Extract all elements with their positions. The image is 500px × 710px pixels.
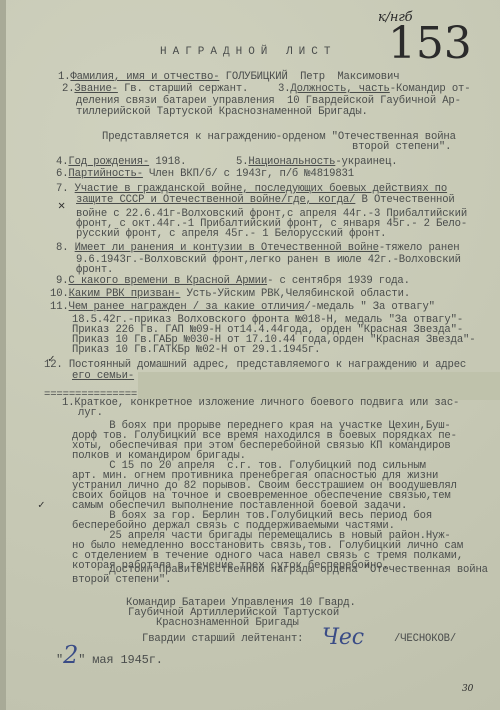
field-8-value: 9.6.1943г.-Волховский фронт,легко ранен …: [76, 255, 461, 266]
field-value: Гв. старший сержант.: [118, 83, 248, 95]
field-label: С какого времени в Красной Армии: [68, 275, 267, 287]
field-number: 7.: [56, 183, 68, 195]
page-edge: [0, 0, 6, 710]
field-value: /-медаль " За отвагу": [305, 301, 435, 313]
field-number: 2.: [62, 83, 74, 95]
field-value: - с сентября 1939 года.: [267, 275, 410, 287]
field-value: 1918.: [149, 156, 186, 168]
field-number: 5.: [236, 156, 248, 168]
section-1-heading: 1.Краткое, конкретное изложение личного …: [62, 398, 459, 409]
field-6: 6.Партийность- Член ВКП/б/ с 1943г, п/б …: [56, 169, 354, 180]
field-label: его семьи-: [72, 370, 134, 382]
margin-tick-mark: ✓: [38, 498, 45, 512]
field-12-cont: его семьи-: [72, 371, 134, 382]
field-value: -Командир от-: [390, 83, 471, 95]
field-7-label-cont: защите СССР и Отечественной войне/где, к…: [76, 195, 455, 206]
field-5: 5.Национальность-украинец.: [236, 157, 397, 168]
signature-block-line: Краснознаменной Бригады: [156, 618, 299, 629]
field-number: 1.: [58, 71, 70, 83]
field-label: Партийность-: [68, 168, 143, 180]
field-number: 4.: [56, 156, 68, 168]
field-label: Национальность: [248, 156, 335, 168]
field-label: Звание-: [74, 83, 117, 95]
date-month-year: мая 1945г.: [85, 653, 163, 667]
field-10: 10.Каким РВК призван- Усть-Уйским РВК,Че…: [50, 289, 410, 300]
field-value: Член ВКП/б/ с 1943г, п/б №4819831: [143, 168, 354, 180]
field-1: 1.Фамилия, имя и отчество- ГОЛУБИЦКИЙ Пе…: [58, 72, 399, 83]
field-value: ГОЛУБИЦКИЙ Петр Максимович: [219, 71, 399, 83]
field-9: 9.С какого времени в Красной Армии- с се…: [56, 276, 410, 287]
signer-rank: Гвардии старший лейтенант:: [142, 634, 303, 645]
field-label: Чем ранее награжден / за какие отличия: [69, 301, 305, 313]
field-number: 10.: [50, 288, 69, 300]
field-11-value: Приказ 10 Гв.ГАТКБр №02-Н от 29.1.1945г.: [72, 345, 320, 356]
margin-x-mark: ✕: [58, 198, 65, 213]
field-label: Год рождения-: [68, 156, 149, 168]
nomination-line: второй степени".: [352, 142, 451, 153]
date-day: 2: [63, 641, 78, 669]
field-number: 12.: [44, 359, 63, 371]
field-8: 8. Имеет ли ранения и контузии в Отечест…: [56, 243, 460, 254]
position-line: тиллерийской Тартуской Краснознаменной Б…: [76, 107, 368, 118]
narrative-line: второй степени".: [72, 575, 171, 586]
field-label: защите СССР и Отечественной войне/где, к…: [76, 194, 355, 206]
document-title: НАГРАДНОЙ ЛИСТ: [160, 47, 336, 58]
field-value: -украинец.: [335, 156, 397, 168]
field-value: В Отечественной: [355, 194, 454, 206]
field-number: 9.: [56, 275, 68, 287]
field-label: Имеет ли ранения и контузии в Отечествен…: [75, 242, 379, 254]
award-sheet-page: к/нгб 153 НАГРАДНОЙ ЛИСТ 1.Фамилия, имя …: [0, 0, 500, 710]
field-label: Должность, часть: [290, 83, 389, 95]
field-2: 2.Звание- Гв. старший сержант.: [62, 84, 248, 95]
field-3: 3.Должность, часть-Командир от-: [278, 84, 470, 95]
field-4: 4.Год рождения- 1918.: [56, 157, 186, 168]
field-11: 11.Чем ранее награжден / за какие отличи…: [50, 302, 435, 313]
corner-note: 30: [462, 684, 473, 695]
field-7-value: русский фронт, с апреля 45г.- 1 Белорусс…: [76, 229, 386, 240]
date-line: "2" мая 1945г.: [56, 650, 163, 666]
field-value: Усть-Уйским РВК,Челябинской области.: [180, 288, 410, 300]
handwritten-sheet-number: 153: [388, 22, 472, 66]
signer-name: /ЧЕСНОКОВ/: [394, 634, 456, 645]
field-number: 8.: [56, 242, 68, 254]
field-number: 6.: [56, 168, 68, 180]
redacted-address-panel: [138, 372, 500, 400]
section-1-heading-cont: луг.: [78, 408, 103, 419]
signature: Чес: [322, 626, 364, 650]
field-value: -тяжело ранен: [379, 242, 460, 254]
field-label: Фамилия, имя и отчество-: [70, 71, 219, 83]
field-number: 3.: [278, 83, 290, 95]
field-number: 11.: [50, 301, 69, 313]
field-label: Каким РВК призван-: [69, 288, 181, 300]
